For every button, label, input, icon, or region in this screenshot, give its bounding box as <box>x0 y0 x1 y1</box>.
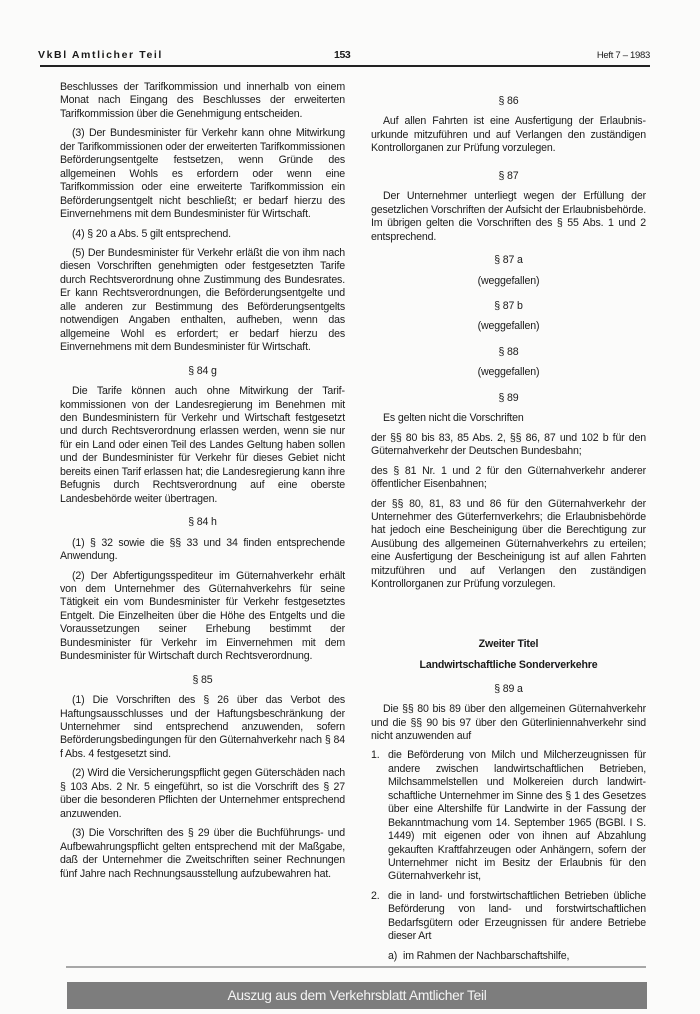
section-89-item: des § 81 Nr. 1 und 2 für den Güternahver… <box>371 465 646 492</box>
section-heading-87: § 87 <box>371 170 646 183</box>
page-header: VkBl Amtlicher Teil 153 Heft 7 – 1983 <box>38 48 650 66</box>
section-88-status: (weggefallen) <box>371 366 646 379</box>
list-item-number: 2. <box>371 890 380 903</box>
section-84h-paragraph-1: (1) § 32 sowie die §§ 33 und 34 finden e… <box>60 537 345 564</box>
paragraph-5: (5) Der Bundesminister für Verkehr erläß… <box>60 247 345 355</box>
list-item: 1. die Beförderung von Milch und Milcher… <box>371 749 646 884</box>
sub-list-item: a) im Rahmen der Nachbarschaftshilfe, <box>371 950 646 963</box>
section-heading-86: § 86 <box>371 95 646 108</box>
section-84g-text: Die Tarife können auch ohne Mitwirkung d… <box>60 385 345 506</box>
paragraph-4: (4) § 20 a Abs. 5 gilt entsprechend. <box>60 228 345 241</box>
page-number: 153 <box>334 49 350 61</box>
section-89a-intro: Die §§ 80 bis 89 über den allgemeinen Gü… <box>371 703 646 743</box>
section-heading-84h: § 84 h <box>60 516 345 529</box>
right-column: § 86 Auf allen Fahrten ist eine Ausferti… <box>371 95 646 963</box>
section-85-paragraph-2: (2) Wird die Versicherungspflicht gegen … <box>60 767 345 821</box>
section-89-intro: Es gelten nicht die Vorschriften <box>371 412 646 425</box>
title-line-1: Zweiter Titel <box>371 638 646 651</box>
section-heading-88: § 88 <box>371 346 646 359</box>
section-heading-85: § 85 <box>60 674 345 687</box>
header-rule <box>40 65 650 67</box>
list-item-text: die in land- und forstwirtschaftlichen B… <box>388 890 646 942</box>
footer-banner: Auszug aus dem Verkehrsblatt Amtlicher T… <box>67 982 647 1009</box>
footer-rule <box>66 966 646 968</box>
issue-label: Heft 7 – 1983 <box>597 50 650 61</box>
list-item-text: die Beförderung von Milch und Milcherzeu… <box>388 749 646 882</box>
section-89-item: der §§ 80 bis 83, 85 Abs. 2, §§ 86, 87 u… <box>371 432 646 459</box>
section-85-paragraph-3: (3) Die Vorschriften des § 29 über die B… <box>60 827 345 881</box>
section-87b-status: (weggefallen) <box>371 320 646 333</box>
section-87-text: Der Unternehmer unterliegt wegen der Erf… <box>371 190 646 244</box>
journal-name: VkBl Amtlicher Teil <box>38 49 163 61</box>
sub-list-item-text: im Rahmen der Nachbarschaftshilfe, <box>403 950 569 962</box>
section-heading-84g: § 84 g <box>60 365 345 378</box>
list-item: 2. die in land- und forstwirtschaftliche… <box>371 890 646 944</box>
section-heading-89a: § 89 a <box>371 683 646 696</box>
left-column: Beschlusses der Tarifkommission und inne… <box>60 81 345 887</box>
section-87a-status: (weggefallen) <box>371 275 646 288</box>
section-heading-87a: § 87 a <box>371 254 646 267</box>
section-84h-paragraph-2: (2) Der Abfertigungsspediteur im Güterna… <box>60 570 345 664</box>
section-heading-87b: § 87 b <box>371 300 646 313</box>
continuation-paragraph: Beschlusses der Tarifkommission und inne… <box>60 81 345 121</box>
title-heading: Zweiter Titel Landwirtschaftliche Sonder… <box>371 638 646 673</box>
list-item-number: 1. <box>371 749 380 762</box>
title-line-2: Landwirtschaftliche Sonderverkehre <box>371 659 646 672</box>
section-heading-89: § 89 <box>371 392 646 405</box>
section-86-text: Auf allen Fahrten ist eine Ausfertigung … <box>371 115 646 155</box>
section-85-paragraph-1: (1) Die Vorschriften des § 26 über das V… <box>60 694 345 761</box>
section-89-item: der §§ 80, 81, 83 und 86 für den Güterna… <box>371 498 646 592</box>
sub-list-item-letter: a) <box>388 950 397 963</box>
paragraph-3: (3) Der Bundesminister für Verkehr kann … <box>60 127 345 221</box>
